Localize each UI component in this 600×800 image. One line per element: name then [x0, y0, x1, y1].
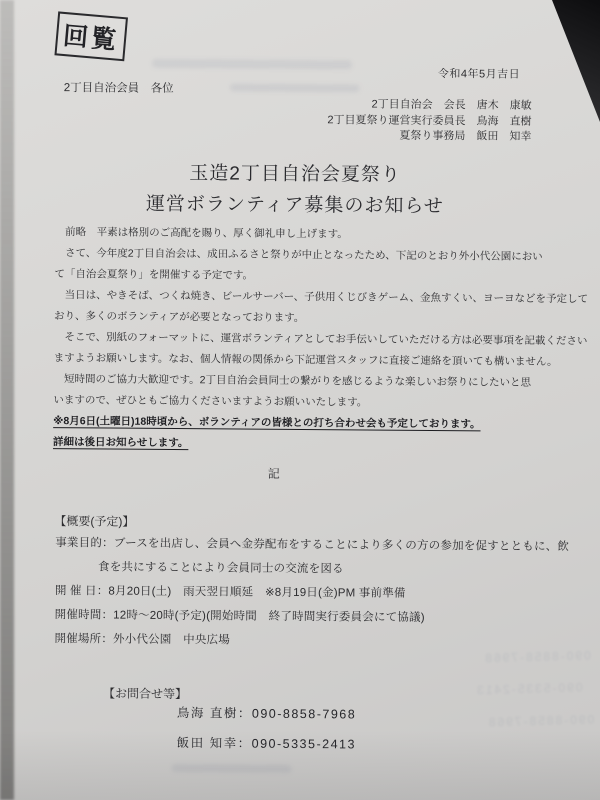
contact-heading: 【お問合せ等】	[103, 684, 187, 702]
notice-sheet: 090-8858-7968 090-5335-2413 090-8858-796…	[0, 0, 600, 800]
ki-separator: 記	[0, 462, 574, 484]
title-line-2: 運営ボランティア募集のお知らせ	[0, 188, 595, 224]
body-text: 前略 平素は格別のご高配を賜り、厚く御礼申し上げます。 さて、今年度2丁目自治会…	[53, 222, 583, 457]
print-through-smudge	[152, 59, 352, 70]
print-through-ghost-text: 090-8858-7968	[483, 648, 591, 665]
sender-line-secretariat: 夏祭り事務局 飯田 知幸	[327, 128, 531, 145]
sender-line-committee-chief: 2丁目夏祭り運営実行委員長 鳥海 直樹	[327, 113, 531, 130]
overview-event-place: 開催場所：外小代公園 中央広場	[54, 630, 230, 647]
overview-event-time: 開催時間：12時～20時(予定)(開始時間 終了時間実行委員会にて協議)	[55, 606, 425, 625]
contact-separator: ：	[238, 707, 252, 721]
details-later-line: 詳細は後日お知らせします。	[53, 432, 581, 457]
overview-purpose-line-1: 事業目的：ブースを出店し、会員へ金券配布をすることにより多くの方の参加を促すとと…	[55, 534, 569, 554]
overview-purpose-line-2: 食を共にすることにより会員同士の交流を図る	[98, 558, 344, 576]
print-through-ghost-text: 090-8858-7968	[487, 712, 595, 729]
recipient-line: 2丁目自治会員 各位	[64, 79, 174, 96]
photo-bottom-shadow	[0, 730, 600, 800]
document-date: 令和4年5月吉日	[438, 65, 520, 82]
document-photo: 090-8858-7968 090-5335-2413 090-8858-796…	[0, 0, 600, 800]
contact-phone: 090-8858-7968	[252, 707, 356, 722]
print-through-smudge	[230, 83, 360, 92]
print-through-ghost-text: 090-5335-2413	[475, 680, 583, 697]
kairan-circulation-stamp: 回覧	[54, 11, 128, 61]
sender-block: 2丁目自治会 会長 唐木 康敏 2丁目夏祭り運営実行委員長 鳥海 直樹 夏祭り事…	[327, 97, 531, 145]
contact-row: 鳥海 直樹：090-8858-7968	[177, 703, 356, 722]
title-line-1: 玉造2丁目自治会夏祭り	[0, 157, 595, 193]
contact-name: 鳥海 直樹	[177, 706, 238, 720]
overview-event-date: 開 催 日：8月20日(土) 雨天翌日順延 ※8月19日(金)PM 事前準備	[55, 582, 406, 601]
document-title: 玉造2丁目自治会夏祭り 運営ボランティア募集のお知らせ	[0, 157, 595, 224]
sender-line-chairman: 2丁目自治会 会長 唐木 康敏	[328, 97, 532, 114]
overview-heading: 【概要(予定)】	[54, 512, 134, 530]
